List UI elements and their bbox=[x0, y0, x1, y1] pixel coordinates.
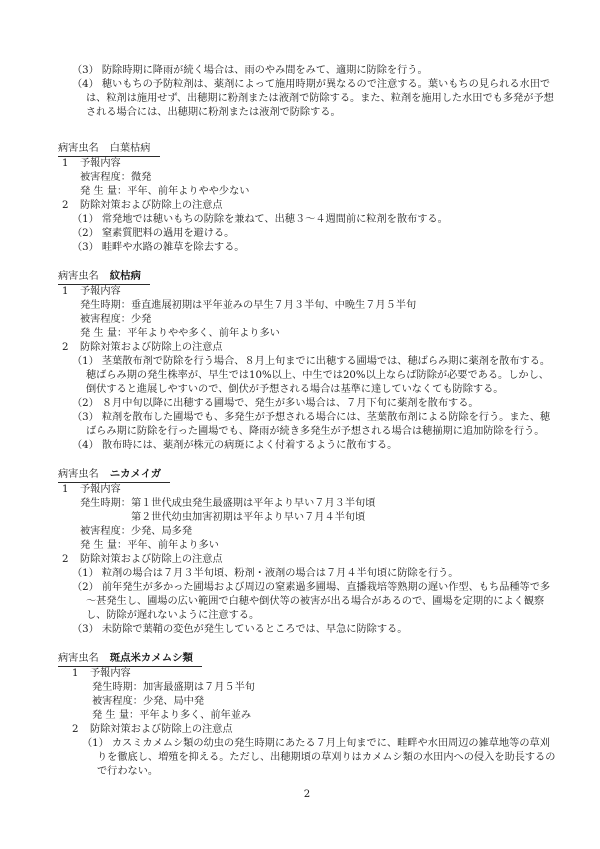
item-text: 茎葉散布剤で防除を行う場合、８月上旬までに出穂する圃場では、穂ばらみ期に薬剤を散… bbox=[86, 356, 550, 395]
row-title: 予報内容 bbox=[90, 668, 131, 679]
row-number: 1 bbox=[62, 157, 80, 171]
forecast-title-row: 1予報内容 bbox=[58, 667, 556, 681]
row-title: 防除対策および防除上の注意点 bbox=[80, 554, 223, 565]
forecast-title-row: 1予報内容 bbox=[58, 157, 556, 171]
item-number: （3） bbox=[72, 242, 99, 253]
disease-name: 斑点米カメムシ類 bbox=[110, 652, 193, 664]
forecast-label: 発 生 量： bbox=[92, 709, 139, 723]
forecast-row: 発 生 量：平年、前年より多い bbox=[58, 539, 556, 553]
list-item: （4）穂いもちの予防粒剤は、薬剤によって施用時期が異なるので注意する。葉いもちの… bbox=[58, 78, 556, 120]
forecast-value: 平年、前年より多い bbox=[127, 539, 556, 553]
forecast-value-line: 第１世代成虫発生最盛期は平年より早い７月３半旬頃 bbox=[131, 497, 556, 511]
item-text: 常発地では穂いもちの防除を兼ねて、出穂３～４週間前に粒剤を散布する。 bbox=[102, 214, 448, 225]
heading-underline: 病害虫名白葉枯病 bbox=[58, 142, 160, 157]
forecast-label: 発生時期： bbox=[92, 681, 143, 695]
forecast-label: 被害程度： bbox=[92, 695, 143, 709]
item-number: （2） bbox=[72, 582, 99, 593]
row-number: 2 bbox=[62, 553, 80, 567]
forecast-value: 平年より多く、前年並み bbox=[139, 709, 556, 723]
row-title: 防除対策および防除上の注意点 bbox=[90, 724, 233, 735]
item-number: （1） bbox=[72, 214, 99, 225]
heading-label: 病害虫名 bbox=[58, 469, 99, 480]
forecast-label: 被害程度： bbox=[80, 313, 131, 327]
control-item: （3）畦畔や水路の雑草を除去する。 bbox=[58, 241, 556, 255]
forecast-value: 平年よりやや多く、前年より多い bbox=[127, 327, 556, 341]
disease-section-mongare: 病害虫名紋枯病 1予報内容 発生時期：垂直進展初期は平年並みの早生７月３半旬、中… bbox=[58, 269, 556, 453]
control-item: （2）窒素質肥料の過用を避ける。 bbox=[58, 227, 556, 241]
forecast-row: 被害程度：微発 bbox=[58, 171, 556, 185]
forecast-label: 発生時期： bbox=[80, 497, 131, 525]
control-title-row: 2防除対策および防除上の注意点 bbox=[58, 723, 556, 737]
item-text: 粒剤の場合は７月３半旬頃、粉剤・液剤の場合は７月４半旬頃に防除を行う。 bbox=[102, 568, 459, 579]
row-number: 1 bbox=[62, 285, 80, 299]
forecast-value: 平年、前年よりやや少ない bbox=[127, 185, 556, 199]
forecast-row: 発 生 量：平年よりやや多く、前年より多い bbox=[58, 327, 556, 341]
forecast-value: 少発 bbox=[131, 313, 556, 327]
item-text: 防除時期に降雨が続く場合は、雨のやみ間をみて、適期に防除を行う。 bbox=[102, 65, 428, 76]
section-heading: 病害虫名斑点米カメムシ類 bbox=[58, 651, 556, 667]
item-text: 穂いもちの予防粒剤は、薬剤によって施用時期が異なるので注意する。葉いもちの見られ… bbox=[86, 79, 554, 118]
item-text: 窒素質肥料の過用を避ける。 bbox=[102, 228, 234, 239]
forecast-value: 第１世代成虫発生最盛期は平年より早い７月３半旬頃 第２世代幼虫加害初期は平年より… bbox=[131, 497, 556, 525]
disease-name: ニカメイガ bbox=[110, 468, 161, 480]
control-item: （1）常発地では穂いもちの防除を兼ねて、出穂３～４週間前に粒剤を散布する。 bbox=[58, 213, 556, 227]
forecast-label: 被害程度： bbox=[80, 525, 131, 539]
forecast-value: 少発、局多発 bbox=[131, 525, 556, 539]
control-title-row: 2防除対策および防除上の注意点 bbox=[58, 553, 556, 567]
row-title: 予報内容 bbox=[80, 158, 121, 169]
section-heading: 病害虫名紋枯病 bbox=[58, 269, 556, 285]
control-item: （3）未防除で葉鞘の変色が発生しているところでは、早急に防除する。 bbox=[58, 623, 556, 637]
item-number: （1） bbox=[72, 568, 99, 579]
heading-label: 病害虫名 bbox=[58, 143, 99, 154]
item-number: （3） bbox=[72, 65, 99, 76]
row-title: 防除対策および防除上の注意点 bbox=[80, 200, 223, 211]
heading-label: 病害虫名 bbox=[58, 653, 99, 664]
control-title-row: 2防除対策および防除上の注意点 bbox=[58, 341, 556, 355]
disease-section-hakuyoukare: 病害虫名白葉枯病 1予報内容 被害程度：微発 発 生 量：平年、前年よりやや少な… bbox=[58, 142, 556, 255]
heading-underline: 病害虫名斑点米カメムシ類 bbox=[58, 651, 202, 667]
disease-name: 白葉枯病 bbox=[110, 143, 151, 154]
forecast-row: 発生時期：垂直進展初期は平年並みの早生７月３半旬、中晩生７月５半旬 bbox=[58, 299, 556, 313]
item-number: （4） bbox=[72, 79, 99, 90]
row-number: 1 bbox=[62, 483, 80, 497]
forecast-row: 発生時期： 第１世代成虫発生最盛期は平年より早い７月３半旬頃 第２世代幼虫加害初… bbox=[58, 497, 556, 525]
control-title-row: 2防除対策および防除上の注意点 bbox=[58, 199, 556, 213]
item-text: 前年発生が多かった圃場および周辺の窒素過多圃場、直播栽培等熟期の遅い作型、もち品… bbox=[86, 582, 550, 621]
item-number: （4） bbox=[72, 440, 99, 451]
row-number: 2 bbox=[62, 199, 80, 213]
forecast-row: 被害程度：少発 bbox=[58, 313, 556, 327]
forecast-label: 発 生 量： bbox=[80, 185, 127, 199]
row-number: 2 bbox=[72, 723, 90, 737]
forecast-title-row: 1予報内容 bbox=[58, 483, 556, 497]
list-item: （3）防除時期に降雨が続く場合は、雨のやみ間をみて、適期に防除を行う。 bbox=[58, 64, 556, 78]
forecast-row: 発生時期：加害最盛期は７月５半旬 bbox=[58, 681, 556, 695]
item-text: 散布時には、薬剤が株元の病斑によく付着するように散布する。 bbox=[102, 440, 397, 451]
item-number: （1） bbox=[72, 356, 99, 367]
item-text: 畦畔や水路の雑草を除去する。 bbox=[102, 242, 245, 253]
control-item: （1）茎葉散布剤で防除を行う場合、８月上旬までに出穂する圃場では、穂ばらみ期に薬… bbox=[58, 355, 556, 397]
control-item: （3）粒剤を散布した圃場でも、多発生が予想される場合には、茎葉散布剤による防除を… bbox=[58, 411, 556, 439]
row-number: 2 bbox=[62, 341, 80, 355]
document-page: （3）防除時期に降雨が続く場合は、雨のやみ間をみて、適期に防除を行う。 （4）穂… bbox=[0, 0, 600, 849]
disease-section-kamemushi: 病害虫名斑点米カメムシ類 1予報内容 発生時期：加害最盛期は７月５半旬 被害程度… bbox=[58, 651, 556, 779]
item-number: （1） bbox=[82, 738, 109, 749]
heading-underline: 病害虫名紋枯病 bbox=[58, 269, 150, 285]
row-title: 防除対策および防除上の注意点 bbox=[80, 342, 223, 353]
intro-list: （3）防除時期に降雨が続く場合は、雨のやみ間をみて、適期に防除を行う。 （4）穂… bbox=[58, 64, 556, 120]
control-item: （4）散布時には、薬剤が株元の病斑によく付着するように散布する。 bbox=[58, 439, 556, 453]
disease-name: 紋枯病 bbox=[110, 270, 141, 282]
item-number: （2） bbox=[72, 398, 99, 409]
item-number: （3） bbox=[72, 412, 99, 423]
forecast-title-row: 1予報内容 bbox=[58, 285, 556, 299]
heading-label: 病害虫名 bbox=[58, 271, 99, 282]
control-item: （1）粒剤の場合は７月３半旬頃、粉剤・液剤の場合は７月４半旬頃に防除を行う。 bbox=[58, 567, 556, 581]
item-text: 未防除で葉鞘の変色が発生しているところでは、早急に防除する。 bbox=[102, 624, 408, 635]
item-text: 粒剤を散布した圃場でも、多発生が予想される場合には、茎葉散布剤による防除を行う。… bbox=[86, 412, 550, 437]
item-number: （2） bbox=[72, 228, 99, 239]
row-number: 1 bbox=[72, 667, 90, 681]
forecast-row: 発 生 量：平年、前年よりやや少ない bbox=[58, 185, 556, 199]
section-heading: 病害虫名白葉枯病 bbox=[58, 142, 556, 157]
control-item: （1）カスミカメムシ類の幼虫の発生時期にあたる７月上旬までに、畦畔や水田周辺の雑… bbox=[58, 737, 556, 779]
forecast-row: 被害程度：少発、局中発 bbox=[58, 695, 556, 709]
forecast-label: 発 生 量： bbox=[80, 539, 127, 553]
control-item: （2）前年発生が多かった圃場および周辺の窒素過多圃場、直播栽培等熟期の遅い作型、… bbox=[58, 581, 556, 623]
forecast-label: 被害程度： bbox=[80, 171, 131, 185]
page-number: 2 bbox=[58, 788, 556, 802]
forecast-label: 発 生 量： bbox=[80, 327, 127, 341]
item-text: ８月中旬以降に出穂する圃場で、発生が多い場合は、７月下旬に薬剤を散布する。 bbox=[102, 398, 479, 409]
disease-section-nikameiga: 病害虫名ニカメイガ 1予報内容 発生時期： 第１世代成虫発生最盛期は平年より早い… bbox=[58, 467, 556, 637]
item-number: （3） bbox=[72, 624, 99, 635]
row-title: 予報内容 bbox=[80, 484, 121, 495]
forecast-value: 少発、局中発 bbox=[143, 695, 556, 709]
item-text: カスミカメムシ類の幼虫の発生時期にあたる７月上旬までに、畦畔や水田周辺の雑草地等… bbox=[97, 738, 555, 777]
control-item: （2）８月中旬以降に出穂する圃場で、発生が多い場合は、７月下旬に薬剤を散布する。 bbox=[58, 397, 556, 411]
heading-underline: 病害虫名ニカメイガ bbox=[58, 467, 170, 483]
row-title: 予報内容 bbox=[80, 286, 121, 297]
forecast-row: 被害程度：少発、局多発 bbox=[58, 525, 556, 539]
forecast-row: 発 生 量：平年より多く、前年並み bbox=[58, 709, 556, 723]
forecast-value: 微発 bbox=[131, 171, 556, 185]
forecast-value: 垂直進展初期は平年並みの早生７月３半旬、中晩生７月５半旬 bbox=[131, 299, 556, 313]
forecast-value: 加害最盛期は７月５半旬 bbox=[143, 681, 556, 695]
forecast-label: 発生時期： bbox=[80, 299, 131, 313]
forecast-value-line: 第２世代幼虫加害初期は平年より早い７月４半旬頃 bbox=[131, 511, 556, 525]
section-heading: 病害虫名ニカメイガ bbox=[58, 467, 556, 483]
